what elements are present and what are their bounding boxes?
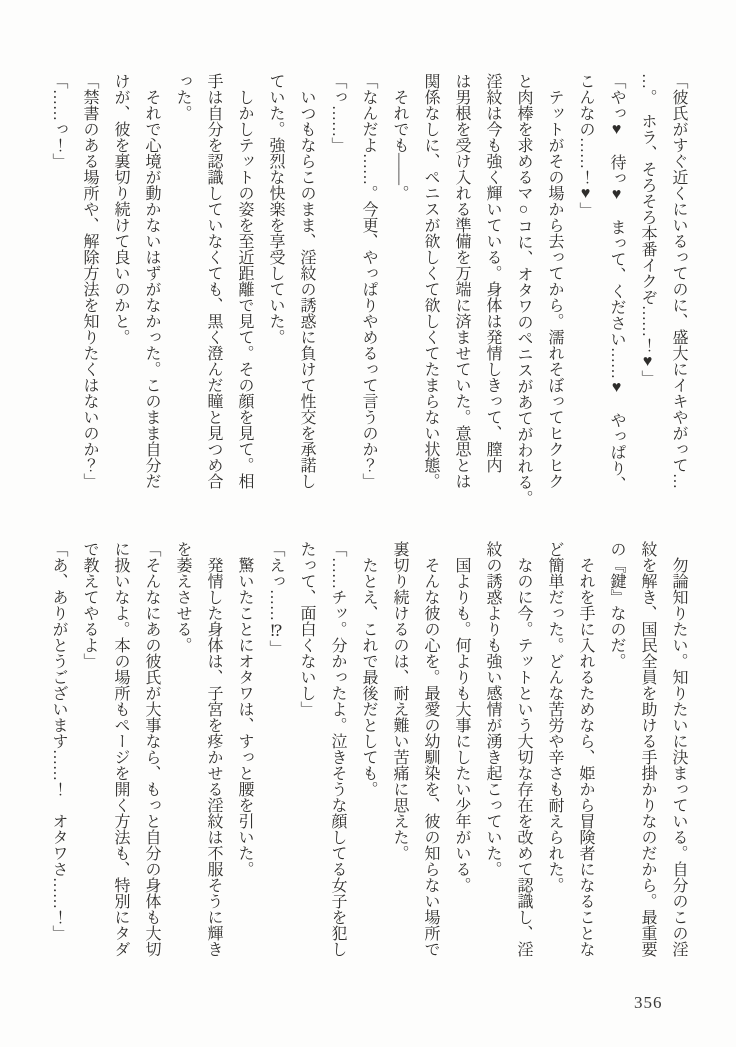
text-line: たって、面白くないし」 [291,541,322,977]
text-line: それでも――。 [384,73,415,509]
text-line: 「っ……」 [322,73,353,509]
text-line: 淫紋は今も強く輝いている。身体は発情しきって、膣内 [477,73,508,509]
text-line: 「えっ……⁉」 [260,541,291,977]
text-line: 紋を解き、国民全員を助ける手掛かりなのだから。最重要 [632,541,663,977]
text-line: 発情した身体は、子宮を疼かせる淫紋は不服そうに輝き [198,541,229,977]
text-line: 「禁書のある場所や、解除方法を知りたくはないのか？」 [74,73,105,509]
text-line: 「なんだよ……。今更、やっぱりやめるって言うのか？」 [353,73,384,509]
text-line: 「やっ♥ 待っ♥ まって、ください……♥ やっぱり、 [601,73,632,509]
text-line: そんな彼の心を。最愛の幼馴染を、彼の知らない場所で [415,541,446,977]
text-line: たとえ、これで最後だとしても。 [353,541,384,977]
text-line: テットがその場から去ってから。濡れそぼってヒクヒク [539,73,570,509]
text-line: しかしテットの姿を至近距離で見て。その顔を見て。相 [229,73,260,509]
text-line: 裏切り続けるのは、耐え難い苦痛に思えた。 [384,541,415,977]
text-line: 「……チッ。分かったよ。泣きそうな顔してる女子を犯し [322,541,353,977]
text-line: こんなの……！♥」 [570,73,601,509]
text-line: それを手に入れるためなら、姫から冒険者になることな [570,541,601,977]
text-line: 驚いたことにオタワは、すっと腰を引いた。 [229,541,260,977]
text-line: いつもならこのまま、淫紋の誘惑に負けて性交を承諾し [291,73,322,509]
text-line: 勿論知りたい。知りたいに決まっている。自分のこの淫 [663,541,694,977]
text-line: で教えてやるよ」 [74,541,105,977]
text-line: …。 ホラ、そろそろ本番イクぞ……！♥」 [632,73,663,509]
text-line: けが、彼を裏切り続けて良いのかと。 [105,73,136,509]
text-line: 「……っ！」 [43,73,74,509]
text-line: 国よりも。何よりも大事にしたい少年がいる。 [446,541,477,977]
text-line: と肉棒を求めるマ○コに、オタワのペニスがあてがわれる。 [508,73,539,509]
page-number: 356 [634,993,663,1013]
text-line: それで心境が動かないはずがなかった。このまま自分だ [136,73,167,509]
book-page: 「彼氏がすぐ近くにいるってのに、盛大にイキやがって……。 ホラ、そろそろ本番イク… [0,0,736,1047]
text-line: の『鍵』なのだ。 [601,541,632,977]
text-line: 「彼氏がすぐ近くにいるってのに、盛大にイキやがって… [663,73,694,509]
text-line: 手は自分を認識していなくても、黒く澄んだ瞳と見つめ合 [198,73,229,509]
text-line: ていた。強烈な快楽を享受していた。 [260,73,291,509]
text-line: 紋の誘惑よりも強い感情が湧き起こっていた。 [477,541,508,977]
text-line: 「そんなにあの彼氏が大事なら、もっと自分の身体も大切 [136,541,167,977]
text-block-bottom: 勿論知りたい。知りたいに決まっている。自分のこの淫紋を解き、国民全員を助ける手掛… [42,541,694,977]
text-line: に扱いなよ。本の場所もページを開く方法も、特別にタダ [105,541,136,977]
text-line: 「あ、ありがとうございます……！ オタワさ……！」 [43,541,74,977]
text-line: 関係なしに、ペニスが欲しくて欲しくてたまらない状態。 [415,73,446,509]
text-line: は男根を受け入れる準備を万端に済ませていた。意思とは [446,73,477,509]
text-block-top: 「彼氏がすぐ近くにいるってのに、盛大にイキやがって……。 ホラ、そろそろ本番イク… [42,73,694,509]
text-line: を萎えさせる。 [167,541,198,977]
text-line: った。 [167,73,198,509]
text-line: なのに今。テットという大切な存在を改めて認識し、淫 [508,541,539,977]
text-line: ど簡単だった。どんな苦労や辛さも耐えられた。 [539,541,570,977]
